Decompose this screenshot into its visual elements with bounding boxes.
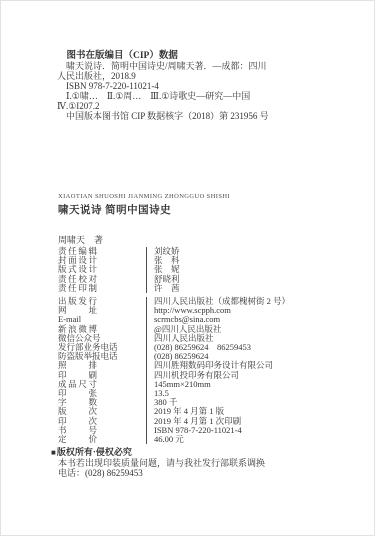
cip-header: 图书在版编目（CIP）数据 — [57, 51, 338, 61]
title-block: XIAOTIAN SHUOSHI JIANMING ZHONGGUO SHISH… — [58, 193, 230, 246]
row-label: 责任印制 — [58, 284, 97, 293]
info-row: 印张 13.5 — [58, 389, 344, 398]
credits-table: 责任编辑 刘纹娇 封面设计 张 科 版式设计 张 妮 责任校对 舒晓利 责任印制… — [58, 247, 344, 293]
author-line: 周啸天 著 — [58, 233, 230, 246]
info-row: 版式设计 张 妮 — [58, 265, 344, 274]
cip-class-line1: Ⅰ.①啸… Ⅱ.①周… Ⅲ.①诗歌史—研究—中国 — [57, 91, 338, 101]
book-title: 啸天说诗 简明中国诗史 — [58, 202, 230, 217]
title-pinyin: XIAOTIAN SHUOSHI JIANMING ZHONGGUO SHISH… — [58, 193, 230, 200]
copyright-notice-text: 版权所有·侵权必究 — [57, 447, 132, 457]
cip-isbn-line: ISBN 978-7-220-11021-4 — [57, 81, 338, 91]
info-row: 封面设计 张 科 — [58, 256, 344, 265]
cip-class-line2: Ⅳ.①I207.2 — [57, 101, 338, 111]
info-row: 成品尺寸 145mm×210mm — [58, 380, 344, 389]
quality-notice: 本书若出现印装质量问题，请与我社发行部联系调换 — [58, 458, 344, 468]
copyright-notice: ■版权所有·侵权必究 — [51, 447, 344, 458]
copyright-page: 图书在版编目（CIP）数据 啸天说诗．简明中国诗史/周啸天著．—成都：四川 人民… — [0, 0, 375, 536]
info-row: 责任校对 舒晓利 — [58, 275, 344, 284]
publishing-table: 出版发行 四川人民出版社（成都槐树街 2 号） 网址 http://www.sc… — [58, 297, 344, 444]
row-value: 145mm×210mm — [146, 380, 344, 389]
row-value: 46.00 元 — [146, 435, 344, 444]
cip-entry-line1: 啸天说诗．简明中国诗史/周啸天著．—成都：四川 — [57, 61, 338, 71]
info-row: 责任编辑 刘纹娇 — [58, 247, 344, 256]
cip-record-line: 中国版本图书馆 CIP 数据核字（2018）第 231956 号 — [57, 111, 338, 121]
cip-block: 图书在版编目（CIP）数据 啸天说诗．简明中国诗史/周啸天著．—成都：四川 人民… — [57, 51, 338, 121]
row-label: 定价 — [58, 435, 97, 444]
footer-block: ■版权所有·侵权必究 本书若出现印装质量问题，请与我社发行部联系调换 电话：(0… — [51, 447, 344, 478]
cip-entry-line2: 人民出版社，2018.9 — [57, 71, 338, 81]
row-value: 许 茜 — [146, 284, 344, 293]
contact-phone: 电话：(028) 86259453 — [58, 468, 344, 478]
info-row: 定价 46.00 元 — [58, 435, 344, 444]
square-bullet-icon: ■ — [51, 448, 56, 457]
info-row: 书号 ISBN 978-7-220-11021-4 — [58, 426, 344, 435]
info-row: 责任印制 许 茜 — [58, 284, 344, 293]
